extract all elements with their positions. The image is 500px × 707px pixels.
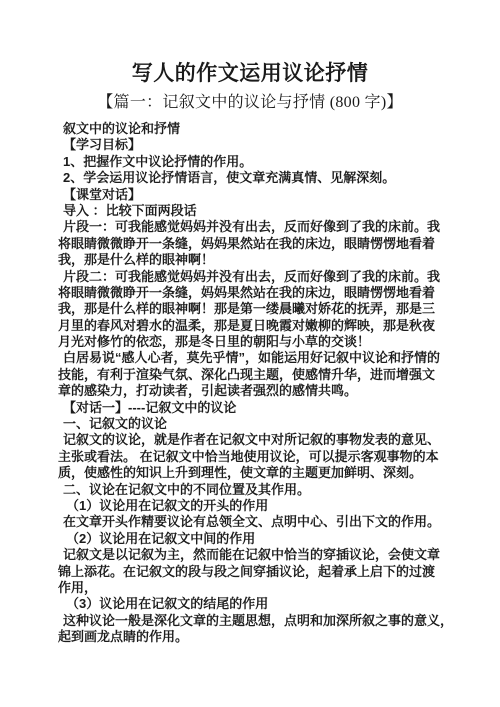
text-line: 2、学会运用议论抒情语言，使文章充满真情、见解深刻。 xyxy=(58,170,444,186)
text-line: 这种议论一般是深化文章的主题思想，点明和加深所叙之事的意义， xyxy=(58,613,444,629)
text-line: 记叙文的议论，就是作者在记叙文中对所记叙的事物发表的意见、 xyxy=(58,432,444,448)
text-line: 【学习目标】 xyxy=(58,137,444,153)
text-line: 在文章开头作精要议论有总领全文、点明中心、引出下文的作用。 xyxy=(58,514,444,530)
text-line: 作用， xyxy=(58,580,444,596)
text-line: 我，那是什么样的眼神啊！ xyxy=(58,252,444,268)
text-line: 片段一：可我能感觉妈妈并没有出去，反而好像到了我的床前。我 xyxy=(58,219,444,235)
text-line: 片段二：可我能感觉妈妈并没有出去，反而好像到了我的床前。我 xyxy=(58,269,444,285)
text-line: 将眼睛微微睁开一条缝，妈妈果然站在我的床边，眼睛愣愣地看着 xyxy=(58,285,444,301)
text-line: 白居易说“感人心者，莫先乎情”，如能运用好记叙中议论和抒情的 xyxy=(58,350,444,366)
text-line: 起到画龙点睛的作用。 xyxy=(58,629,444,645)
text-line: 记叙文是以记叙为主，然而能在记叙中恰当的穿插议论，会使文章 xyxy=(58,547,444,563)
text-line: 我，那是什么样的眼神啊！那是第一缕晨曦对娇花的抚弄，那是三 xyxy=(58,301,444,317)
text-line: 锦上添花。在记叙文的段与段之间穿插议论，起着承上启下的过渡 xyxy=(58,564,444,580)
text-line: （3）议论用在记叙文的结尾的作用 xyxy=(58,596,444,612)
text-line: （1）议论用在记叙文的开头的作用 xyxy=(58,498,444,514)
text-line: 技能，有利于渲染气氛、深化凸现主题，使感情升华，进而增强文 xyxy=(58,367,444,383)
text-line: 月里的春风对碧水的温柔，那是夏日晚霞对嫩柳的辉映，那是秋夜 xyxy=(58,318,444,334)
text-line: 二、议论在记叙文中的不同位置及其作用。 xyxy=(58,482,444,498)
text-line: 章的感染力，打动读者，引起读者强烈的感情共鸣。 xyxy=(58,383,444,399)
text-line: 主张或看法。 在记叙文中恰当地使用议论，可以提示客观事物的本 xyxy=(58,449,444,465)
text-line: 1、把握作文中议论抒情的作用。 xyxy=(58,154,444,170)
page-subtitle: 【篇一：记叙文中的议论与抒情 (800 字)】 xyxy=(0,89,500,114)
text-line: 【对话一】----记叙文中的议论 xyxy=(58,400,444,416)
document-body: 叙文中的议论和抒情【学习目标】1、把握作文中议论抒情的作用。2、学会运用议论抒情… xyxy=(0,114,500,646)
text-line: 月光对修竹的依恋，那是冬日里的朝阳与小草的交谈！ xyxy=(58,334,444,350)
text-line: 将眼睛微微睁开一条缝，妈妈果然站在我的床边，眼睛愣愣地看着 xyxy=(58,236,444,252)
document-page: 写人的作文运用议论抒情 【篇一：记叙文中的议论与抒情 (800 字)】 叙文中的… xyxy=(0,0,500,707)
text-line: 叙文中的议论和抒情 xyxy=(58,121,444,137)
text-line: 导入 ：比较下面两段话 xyxy=(58,203,444,219)
page-title: 写人的作文运用议论抒情 xyxy=(0,0,500,89)
text-line: 一、记叙文的议论 xyxy=(58,416,444,432)
text-line: （2）议论用在记叙文中间的作用 xyxy=(58,531,444,547)
text-line: 【课堂对话】 xyxy=(58,187,444,203)
text-line: 质，使感性的知识上升到理性，使文章的主题更加鲜明、深刻。 xyxy=(58,465,444,481)
